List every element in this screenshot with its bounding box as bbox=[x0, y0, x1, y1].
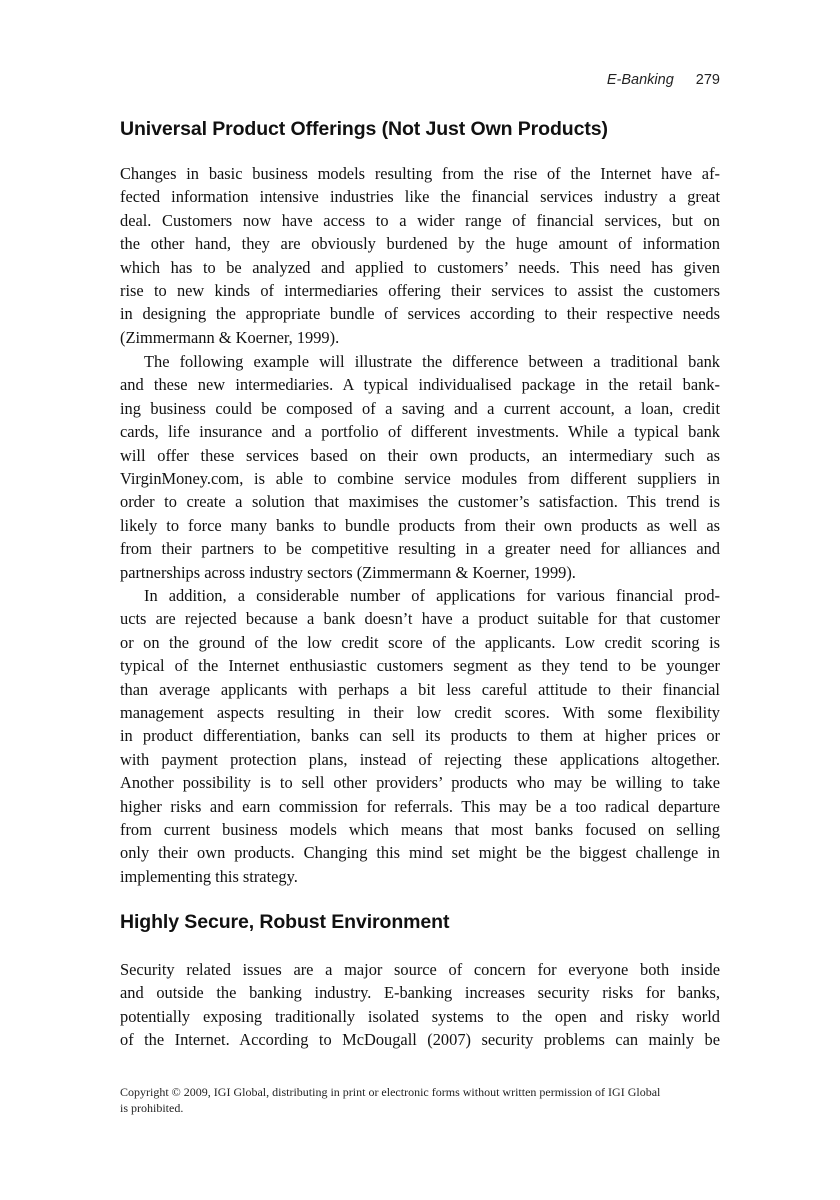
text-line: the other hand, they are obviously burde… bbox=[120, 232, 720, 255]
text-line: which has to be analyzed and applied to … bbox=[120, 256, 720, 279]
text-line: partnerships across industry sectors (Zi… bbox=[120, 561, 720, 584]
copyright-footer: Copyright © 2009, IGI Global, distributi… bbox=[120, 1084, 720, 1116]
text-line: potentially exposing traditionally isola… bbox=[120, 1005, 720, 1028]
text-line: (Zimmermann & Koerner, 1999). bbox=[120, 326, 720, 349]
text-line: management aspects resulting in their lo… bbox=[120, 701, 720, 724]
text-line: or on the ground of the low credit score… bbox=[120, 631, 720, 654]
text-line: fected information intensive industries … bbox=[120, 185, 720, 208]
text-line: and these new intermediaries. A typical … bbox=[120, 373, 720, 396]
paragraph-3: In addition, a considerable number of ap… bbox=[120, 584, 720, 888]
text-line: In addition, a considerable number of ap… bbox=[120, 584, 720, 607]
text-line: ing business could be composed of a savi… bbox=[120, 397, 720, 420]
text-line: from current business models which means… bbox=[120, 818, 720, 841]
page-number: 279 bbox=[696, 72, 720, 88]
text-line: Another possibility is to sell other pro… bbox=[120, 771, 720, 794]
text-line: than average applicants with perhaps a b… bbox=[120, 678, 720, 701]
section-heading-highly-secure-environment: Highly Secure, Robust Environment bbox=[120, 911, 449, 934]
text-line: likely to force many banks to bundle pro… bbox=[120, 514, 720, 537]
text-line: typical of the Internet enthusiastic cus… bbox=[120, 654, 720, 677]
copyright-line-1: Copyright © 2009, IGI Global, distributi… bbox=[120, 1084, 720, 1100]
text-line: Security related issues are a major sour… bbox=[120, 958, 720, 981]
text-line: in designing the appropriate bundle of s… bbox=[120, 302, 720, 325]
running-head-title: E-Banking bbox=[607, 72, 674, 88]
paragraph-1: Changes in basic business models resulti… bbox=[120, 162, 720, 349]
text-line: of the Internet. According to McDougall … bbox=[120, 1028, 720, 1051]
document-page: E-Banking 279 Universal Product Offering… bbox=[0, 0, 840, 1200]
paragraph-4: Security related issues are a major sour… bbox=[120, 958, 720, 1052]
text-line: cards, life insurance and a portfolio of… bbox=[120, 420, 720, 443]
text-line: will offer these services based on their… bbox=[120, 444, 720, 467]
section-heading-universal-product-offerings: Universal Product Offerings (Not Just Ow… bbox=[120, 118, 608, 141]
text-line: from their partners to be competitive re… bbox=[120, 537, 720, 560]
text-line: higher risks and earn commission for ref… bbox=[120, 795, 720, 818]
paragraph-2: The following example will illustrate th… bbox=[120, 350, 720, 584]
text-line: ucts are rejected because a bank doesn’t… bbox=[120, 607, 720, 630]
copyright-line-2: is prohibited. bbox=[120, 1100, 720, 1116]
text-line: with payment protection plans, instead o… bbox=[120, 748, 720, 771]
text-line: deal. Customers now have access to a wid… bbox=[120, 209, 720, 232]
text-line: The following example will illustrate th… bbox=[120, 350, 720, 373]
text-line: rise to new kinds of intermediaries offe… bbox=[120, 279, 720, 302]
text-line: in product differentiation, banks can se… bbox=[120, 724, 720, 747]
text-line: only their own products. Changing this m… bbox=[120, 841, 720, 864]
running-head: E-Banking 279 bbox=[607, 72, 720, 88]
text-line: Changes in basic business models resulti… bbox=[120, 162, 720, 185]
text-line: VirginMoney.com, is able to combine serv… bbox=[120, 467, 720, 490]
text-line: and outside the banking industry. E-bank… bbox=[120, 981, 720, 1004]
text-line: order to create a solution that maximise… bbox=[120, 490, 720, 513]
text-line: implementing this strategy. bbox=[120, 865, 720, 888]
